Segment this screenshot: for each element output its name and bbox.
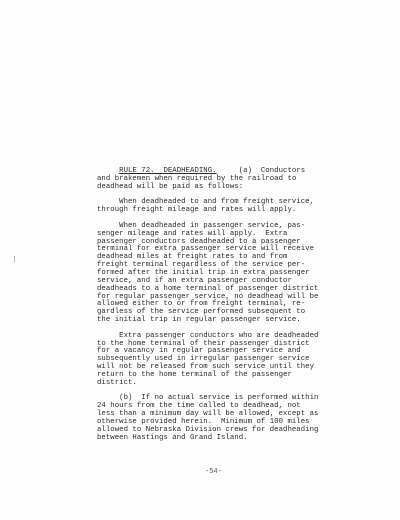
text-line: through freight mileage and rates will a… — [97, 207, 357, 215]
rule-heading: RULE 72. DEADHEADING. — [119, 167, 216, 175]
margin-mark — [14, 256, 15, 262]
text-line: district. — [97, 380, 357, 388]
page-number: -54- — [205, 468, 222, 476]
text-line: the initial trip in regular passenger se… — [97, 317, 357, 325]
rule-heading-rest: (a) Conductors — [217, 167, 306, 175]
text-line: deadhead will be paid as follows: — [97, 184, 357, 192]
text-line: between Hastings and Grand Island. — [97, 435, 357, 443]
document-body: RULE 72. DEADHEADING. (a) Conductors and… — [97, 168, 357, 443]
document-page: RULE 72. DEADHEADING. (a) Conductors and… — [0, 0, 400, 520]
